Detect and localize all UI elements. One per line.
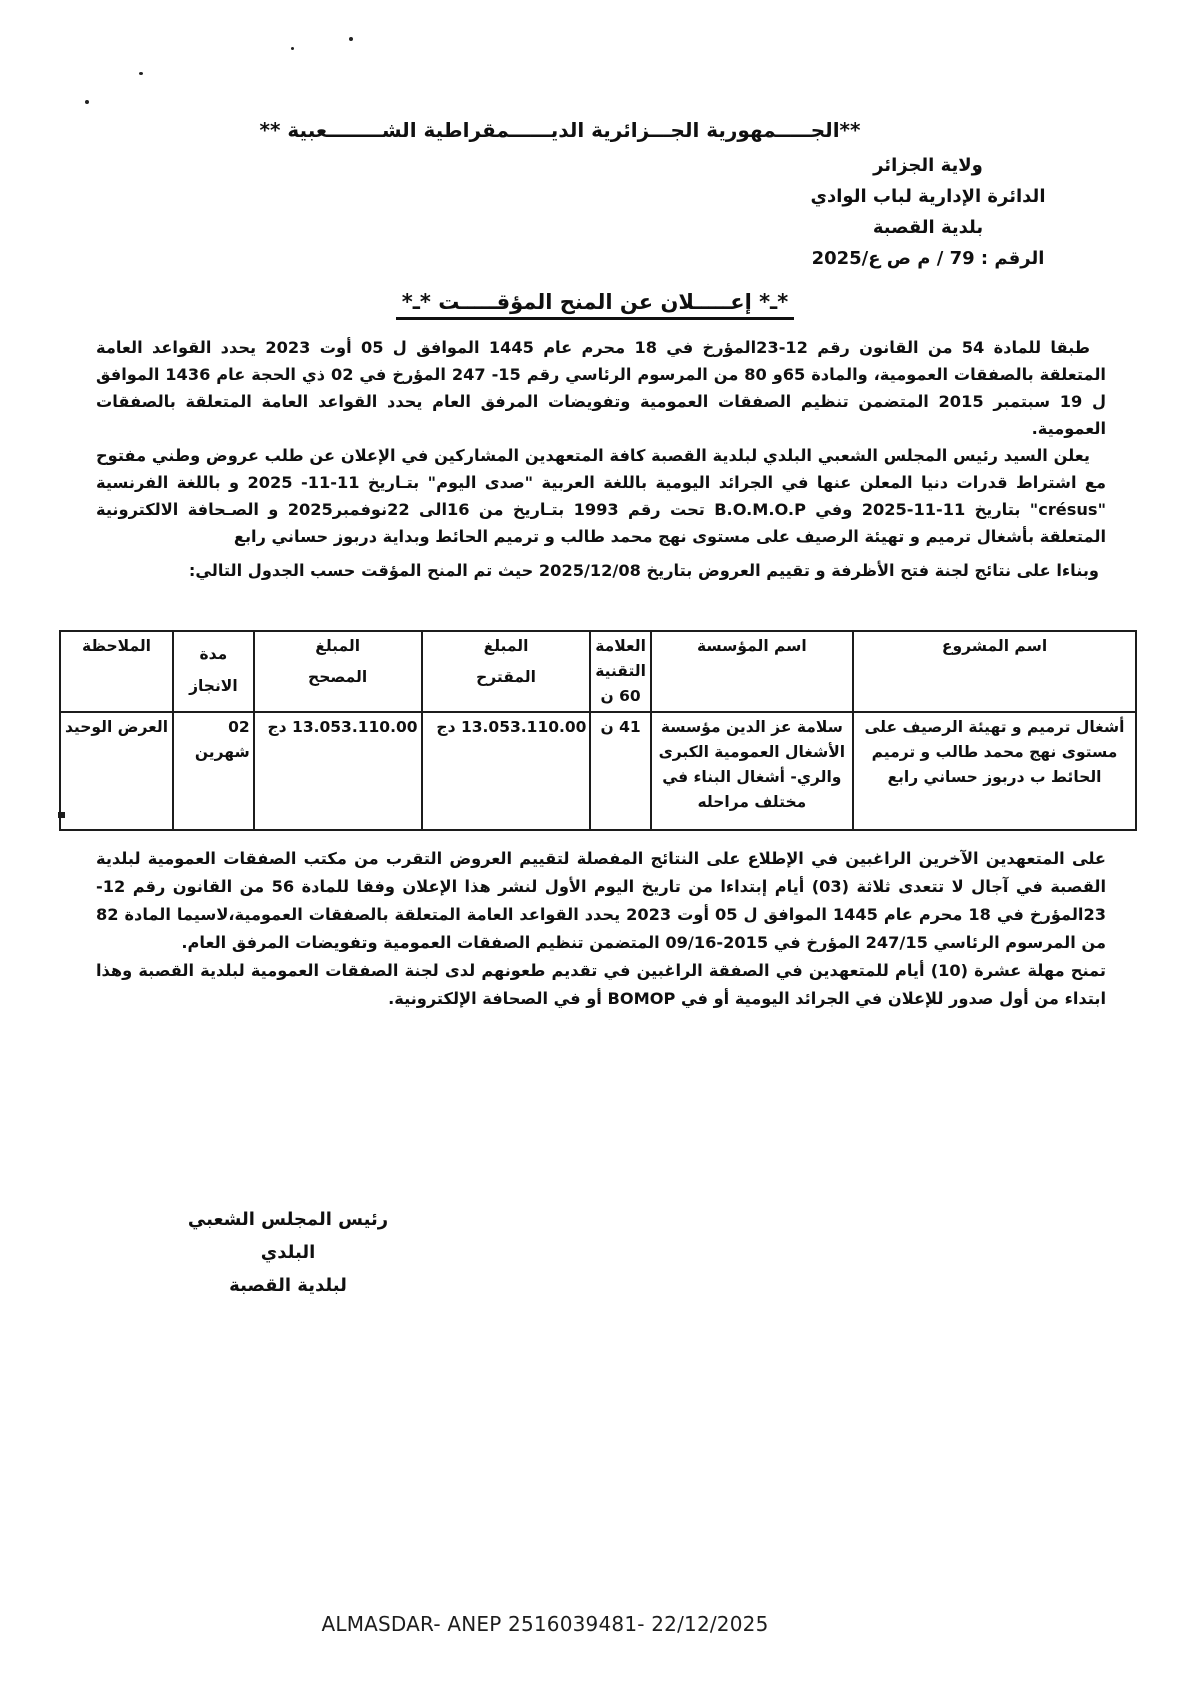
table-row: أشغال ترميم و تهيئة الرصيف على مستوى نهج…	[60, 712, 1136, 830]
letterhead-municipality: بلدية القصبة	[794, 212, 1062, 243]
header-corrected-amount: المبلغ المصحح	[254, 631, 422, 712]
post-table-paragraphs: على المتعهدين الآخرين الراغبين في الإطلا…	[96, 845, 1106, 1013]
cell-company-name: سلامة عز الدين مؤسسة الأشغال العمومية ال…	[651, 712, 853, 830]
table-header-row: اسم المشروع اسم المؤسسة العلامة التقنية …	[60, 631, 1136, 712]
paragraph-consultation-rights: على المتعهدين الآخرين الراغبين في الإطلا…	[96, 845, 1106, 957]
cell-corrected-amount: 13.053.110.00 دج	[254, 712, 422, 830]
award-table: اسم المشروع اسم المؤسسة العلامة التقنية …	[59, 630, 1137, 831]
paragraph-results-intro: وبناءا على نتائج لجنة فتح الأظرفة و تقيي…	[96, 557, 1106, 584]
header-technical-mark-line2: التقنية	[594, 659, 646, 684]
scan-speck	[291, 47, 294, 50]
header-duration-line2: الانجاز	[177, 674, 250, 698]
cell-note: العرض الوحيد	[60, 712, 173, 830]
announcement-title-row: *ـ* إعـــــلان عن المنح المؤقـــــت *ـ*	[0, 290, 1190, 320]
letterhead-wilaya: ولاية الجزائر	[794, 150, 1062, 181]
scan-speck	[85, 100, 89, 104]
header-proposed-amount-line2: المقترح	[426, 665, 587, 690]
footer-anep-line: ALMASDAR- ANEP 2516039481- 22/12/2025	[0, 1612, 1090, 1636]
paragraph-announcement: يعلن السيد رئيس المجلس الشعبي البلدي لبل…	[96, 442, 1106, 550]
header-proposed-amount-line1: المبلغ	[426, 634, 587, 659]
scanned-announcement-page: **الجـــــمهورية الجـــزائرية الديــــــ…	[0, 0, 1190, 1682]
announcement-title: *ـ* إعـــــلان عن المنح المؤقـــــت *ـ*	[396, 290, 794, 320]
republic-header: **الجـــــمهورية الجـــزائرية الديــــــ…	[0, 118, 1120, 142]
cell-proposed-amount: 13.053.110.00 دج	[422, 712, 591, 830]
letterhead-ref-number: الرقم : 79 / م ص ع/2025	[794, 243, 1062, 274]
header-company-name: اسم المؤسسة	[651, 631, 853, 712]
paragraph-legal-basis: طبقا للمادة 54 من القانون رقم 12-23المؤر…	[96, 334, 1106, 442]
cell-duration: 02 شهرين	[173, 712, 254, 830]
header-duration-line1: مدة	[177, 642, 250, 666]
signature-entity: لبلدية القصبة	[163, 1269, 413, 1302]
scan-speck	[349, 37, 353, 41]
letterhead-district: الدائرة الإدارية لباب الوادي	[794, 181, 1062, 212]
cell-technical-mark: 41 ن	[590, 712, 650, 830]
letterhead-block: ولاية الجزائر الدائرة الإدارية لباب الوا…	[794, 150, 1062, 274]
header-technical-mark-line1: العلامة	[594, 634, 646, 659]
body-paragraphs: طبقا للمادة 54 من القانون رقم 12-23المؤر…	[96, 334, 1106, 584]
header-corrected-amount-line1: المبلغ	[258, 634, 418, 659]
paragraph-appeal-period: تمنح مهلة عشرة (10) أيام للمتعهدين في ال…	[96, 957, 1106, 1013]
header-note: الملاحظة	[60, 631, 173, 712]
header-duration: مدة الانجاز	[173, 631, 254, 712]
header-technical-mark-line3: 60 ن	[594, 684, 646, 709]
signature-block: رئيس المجلس الشعبي البلدي لبلدية القصبة	[163, 1203, 413, 1302]
header-proposed-amount: المبلغ المقترح	[422, 631, 591, 712]
header-project-name: اسم المشروع	[853, 631, 1136, 712]
cell-project-name: أشغال ترميم و تهيئة الرصيف على مستوى نهج…	[853, 712, 1136, 830]
scan-speck	[139, 72, 143, 75]
signature-role: رئيس المجلس الشعبي البلدي	[163, 1203, 413, 1269]
header-corrected-amount-line2: المصحح	[258, 665, 418, 690]
scan-speck	[58, 812, 65, 818]
header-technical-mark: العلامة التقنية 60 ن	[590, 631, 650, 712]
